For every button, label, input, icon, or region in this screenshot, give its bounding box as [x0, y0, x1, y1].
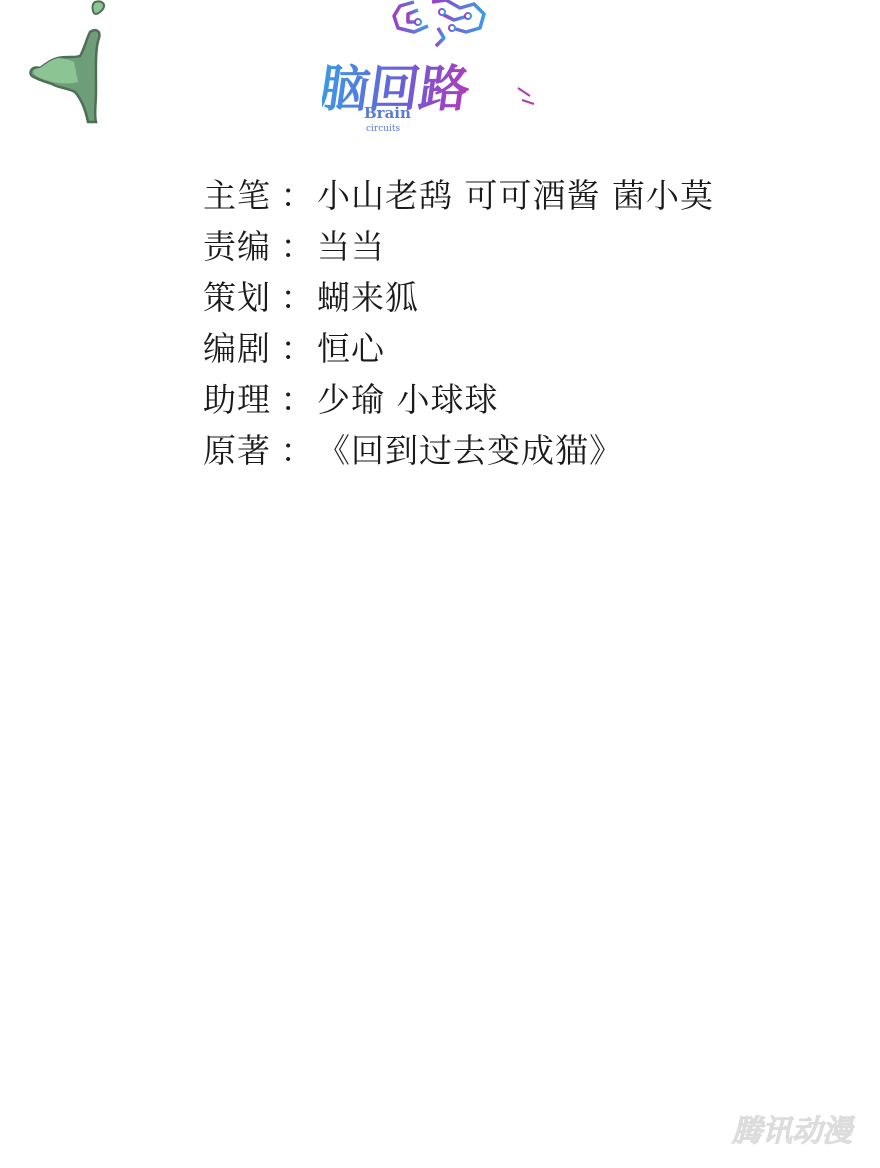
credit-separator: ：	[277, 332, 317, 365]
watermark-text: 腾讯动漫	[731, 1114, 856, 1149]
brain-circuits-logo: 脑回路 Brain circuits	[322, 0, 550, 140]
tencent-comics-watermark: 腾讯动漫	[722, 1110, 862, 1150]
credit-row-editor: 责编 ： 当当	[203, 221, 714, 272]
credit-role: 编剧	[203, 332, 277, 365]
credit-separator: ：	[277, 281, 317, 314]
credit-separator: ：	[277, 230, 317, 263]
logo-subtitle-brain: Brain	[364, 104, 411, 122]
credit-names: 《回到过去变成猫》	[317, 434, 623, 467]
credits-list: 主笔 ： 小山老鸹 可可酒酱 菌小莫 责编 ： 当当 策划 ： 蝴来狐 编剧 ：…	[203, 170, 714, 476]
credit-role: 原著	[203, 434, 277, 467]
credit-row-screenwriter: 编剧 ： 恒心	[203, 323, 714, 374]
credit-role: 助理	[203, 383, 277, 416]
credit-row-original-work: 原著 ： 《回到过去变成猫》	[203, 425, 714, 476]
credit-names: 恒心	[317, 332, 385, 365]
credit-role: 主笔	[203, 179, 277, 212]
credit-separator: ：	[277, 179, 317, 212]
credit-role: 策划	[203, 281, 277, 314]
credit-names: 蝴来狐	[317, 281, 419, 314]
credit-separator: ：	[277, 434, 317, 467]
leaf-decoration-icon	[0, 0, 120, 130]
credit-row-planner: 策划 ： 蝴来狐	[203, 272, 714, 323]
credit-row-lead-artist: 主笔 ： 小山老鸹 可可酒酱 菌小莫	[203, 170, 714, 221]
credit-names: 当当	[317, 230, 385, 263]
credit-names: 小山老鸹 可可酒酱 菌小莫	[317, 179, 714, 212]
credit-row-assistant: 助理 ： 少瑜 小球球	[203, 374, 714, 425]
credit-names: 少瑜 小球球	[317, 383, 499, 416]
logo-subtitle-circuits: circuits	[366, 124, 401, 134]
credit-role: 责编	[203, 230, 277, 263]
credit-separator: ：	[277, 383, 317, 416]
